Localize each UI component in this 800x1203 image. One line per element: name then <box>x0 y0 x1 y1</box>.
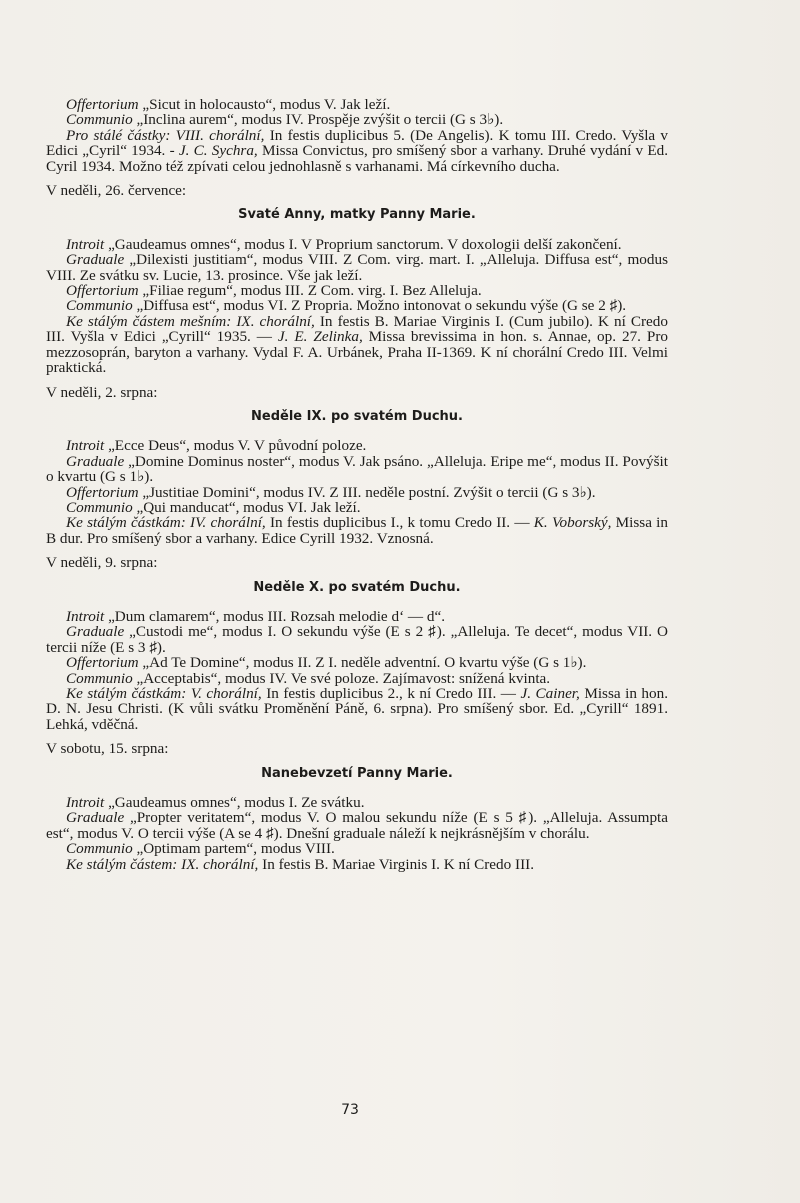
liturgy-paragraph: Graduale „Domine Dominus noster“, modus … <box>46 454 668 485</box>
section-date: V neděli, 9. srpna: <box>46 555 668 570</box>
liturgy-paragraph: Offertorium „Sicut in holocausto“, modus… <box>46 97 668 112</box>
section-heading: Nanebevzetí Panny Marie. <box>46 766 668 781</box>
liturgy-paragraph: Introit „Ecce Deus“, modus V. V původní … <box>46 438 668 453</box>
part-text: In festis B. Mariae Virginis I. K ní Cre… <box>258 856 534 873</box>
liturgy-paragraph: Introit „Gaudeamus omnes“, modus I. Ze s… <box>46 795 668 810</box>
liturgy-paragraph: Graduale „Dilexisti justitiam“, modus VI… <box>46 252 668 283</box>
page-body: Offertorium „Sicut in holocausto“, modus… <box>46 97 668 872</box>
liturgy-paragraph: Communio „Acceptabis“, modus IV. Ve své … <box>46 671 668 686</box>
composer-name: K. Voborský, <box>534 514 612 531</box>
liturgy-paragraph: Introit „Gaudeamus omnes“, modus I. V Pr… <box>46 237 668 252</box>
part-text: „Dilexisti justitiam“, modus VIII. Z Com… <box>46 251 668 283</box>
liturgy-paragraph: Offertorium „Justitiae Domini“, modus IV… <box>46 485 668 500</box>
document-page: Offertorium „Sicut in holocausto“, modus… <box>0 0 800 1203</box>
part-label: Ke stálým částem: IX. chorální, <box>66 856 258 873</box>
section-date: V sobotu, 15. srpna: <box>46 741 668 756</box>
liturgy-paragraph: Pro stálé částky: VIII. chorální, In fes… <box>46 128 668 174</box>
page-number: 73 <box>0 1102 700 1118</box>
section-date: V neděli, 26. července: <box>46 183 668 198</box>
liturgy-paragraph: Introit „Dum clamarem“, modus III. Rozsa… <box>46 609 668 624</box>
liturgy-paragraph: Graduale „Custodi me“, modus I. O sekund… <box>46 624 668 655</box>
liturgy-paragraph: Ke stálým částkám: V. chorální, In festi… <box>46 686 668 732</box>
part-text: „Propter veritatem“, modus V. O malou se… <box>46 809 668 841</box>
section-heading: Neděle X. po svatém Duchu. <box>46 580 668 595</box>
liturgy-paragraph: Ke stálým částem: IX. chorální, In festi… <box>46 857 668 872</box>
liturgy-paragraph: Offertorium „Filiae regum“, modus III. Z… <box>46 283 668 298</box>
section-heading: Neděle IX. po svatém Duchu. <box>46 409 668 424</box>
liturgy-paragraph: Ke stálým částem mešním: IX. chorální, I… <box>46 314 668 376</box>
liturgy-paragraph: Communio „Optimam partem“, modus VIII. <box>46 841 668 856</box>
part-text: „Domine Dominus noster“, modus V. Jak ps… <box>46 453 668 485</box>
liturgy-paragraph: Communio „Diffusa est“, modus VI. Z Prop… <box>46 298 668 313</box>
part-text: „Custodi me“, modus I. O sekundu výše (E… <box>46 623 668 655</box>
liturgy-paragraph: Ke stálým částkám: IV. chorální, In fest… <box>46 515 668 546</box>
section-heading: Svaté Anny, matky Panny Marie. <box>46 207 668 222</box>
liturgy-paragraph: Communio „Qui manducat“, modus VI. Jak l… <box>46 500 668 515</box>
liturgy-paragraph: Communio „Inclina aurem“, modus IV. Pros… <box>46 112 668 127</box>
liturgy-paragraph: Offertorium „Ad Te Domine“, modus II. Z … <box>46 655 668 670</box>
section-date: V neděli, 2. srpna: <box>46 385 668 400</box>
liturgy-paragraph: Graduale „Propter veritatem“, modus V. O… <box>46 810 668 841</box>
